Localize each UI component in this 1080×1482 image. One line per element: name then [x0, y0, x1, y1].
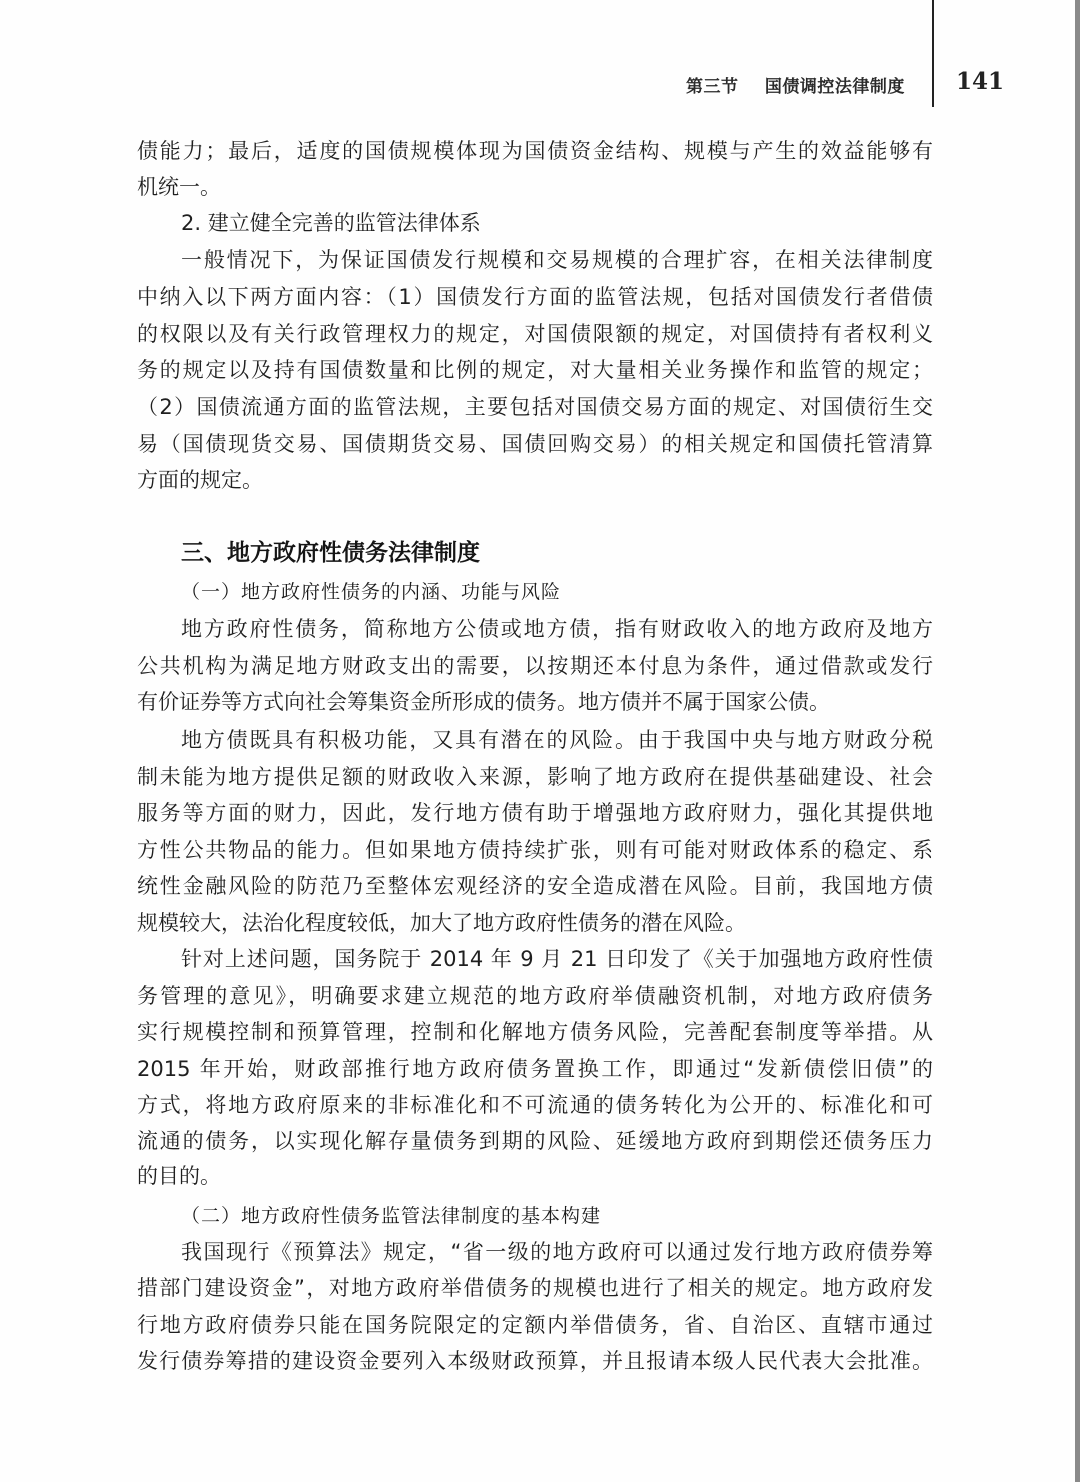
text-line: 2015 年开始，财政部推行地方政府债务置换工作，即通过“发新债偿旧债”的: [137, 1056, 933, 1082]
text-line: 规模较大，法治化程度较低，加大了地方政府性债务的潜在风险。: [137, 910, 933, 936]
text-line: 机统一。: [137, 174, 933, 200]
text-line: 统性金融风险的防范乃至整体宏观经济的安全造成潜在风险。目前，我国地方债: [137, 873, 933, 899]
text-line: 实行规模控制和预算管理，控制和化解地方债务风险，完善配套制度等举措。从: [137, 1019, 933, 1045]
subsection-heading: （一）地方政府性债务的内涵、功能与风险: [137, 579, 933, 605]
text-line: 我国现行《预算法》规定，“省一级的地方政府可以通过发行地方政府债券筹: [137, 1239, 933, 1265]
text-line: 地方政府性债务，简称地方公债或地方债，指有财政收入的地方政府及地方: [137, 616, 933, 642]
text-line: 有价证券等方式向社会筹集资金所形成的债务。地方债并不属于国家公债。: [137, 689, 933, 715]
page-number: 141: [956, 68, 1004, 95]
text-line: 发行债券筹措的建设资金要列入本级财政预算，并且报请本级人民代表大会批准。: [137, 1348, 933, 1374]
subsection-heading: （二）地方政府性债务监管法律制度的基本构建: [137, 1203, 933, 1229]
text-line: 制未能为地方提供足额的财政收入来源，影响了地方政府在提供基础建设、社会: [137, 764, 933, 790]
text-line: 的权限以及有关行政管理权力的规定，对国债限额的规定，对国债持有者权利义: [137, 321, 933, 347]
text-line: 债能力；最后，适度的国债规模体现为国债资金结构、规模与产生的效益能够有: [137, 138, 933, 164]
text-line: （2）国债流通方面的监管法规，主要包括对国债交易方面的规定、对国债衍生交: [137, 394, 933, 420]
subsection-heading: 2. 建立健全完善的监管法律体系: [137, 210, 933, 236]
chapter-title: 国债调控法律制度: [765, 77, 905, 97]
section-label: 第三节: [686, 77, 739, 97]
page-edge-shadow: [1075, 0, 1080, 1482]
text-line: 方式，将地方政府原来的非标准化和不可流通的债务转化为公开的、标准化和可: [137, 1092, 933, 1118]
book-page: 第三节 国债调控法律制度 141 债能力；最后，适度的国债规模体现为国债资金结构…: [0, 0, 1075, 1482]
running-head: 第三节 国债调控法律制度: [686, 72, 905, 97]
text-line: 公共机构为满足地方财政支出的需要，以按期还本付息为条件，通过借款或发行: [137, 653, 933, 679]
text-line: 行地方政府债券只能在国务院限定的定额内举借债务，省、自治区、直辖市通过: [137, 1312, 933, 1338]
text-line: 易（国债现货交易、国债期货交易、国债回购交易）的相关规定和国债托管清算: [137, 431, 933, 457]
header-divider-rule: [932, 0, 934, 107]
text-line: 务管理的意见》，明确要求建立规范的地方政府举债融资机制，对地方政府债务: [137, 983, 933, 1009]
text-line: 服务等方面的财力，因此，发行地方债有助于增强地方政府财力，强化其提供地: [137, 800, 933, 826]
text-line: 中纳入以下两方面内容：（1）国债发行方面的监管法规，包括对国债发行者借债: [137, 284, 933, 310]
text-line: 地方债既具有积极功能，又具有潜在的风险。由于我国中央与地方财政分税: [137, 727, 933, 753]
text-line: 一般情况下，为保证国债发行规模和交易规模的合理扩容，在相关法律制度: [137, 247, 933, 273]
text-line: 方面的规定。: [137, 467, 933, 493]
text-line: 流通的债务，以实现化解存量债务到期的风险、延缓地方政府到期偿还债务压力: [137, 1128, 933, 1154]
section-heading: 三、地方政府性债务法律制度: [137, 540, 933, 566]
text-line: 针对上述问题，国务院于 2014 年 9 月 21 日印发了《关于加强地方政府性…: [137, 946, 933, 972]
text-line: 措部门建设资金”，对地方政府举借债务的规模也进行了相关的规定。地方政府发: [137, 1275, 933, 1301]
text-line: 的目的。: [137, 1163, 933, 1189]
text-line: 方性公共物品的能力。但如果地方债持续扩张，则有可能对财政体系的稳定、系: [137, 837, 933, 863]
text-line: 务的规定以及持有国债数量和比例的规定，对大量相关业务操作和监管的规定；: [137, 357, 933, 383]
